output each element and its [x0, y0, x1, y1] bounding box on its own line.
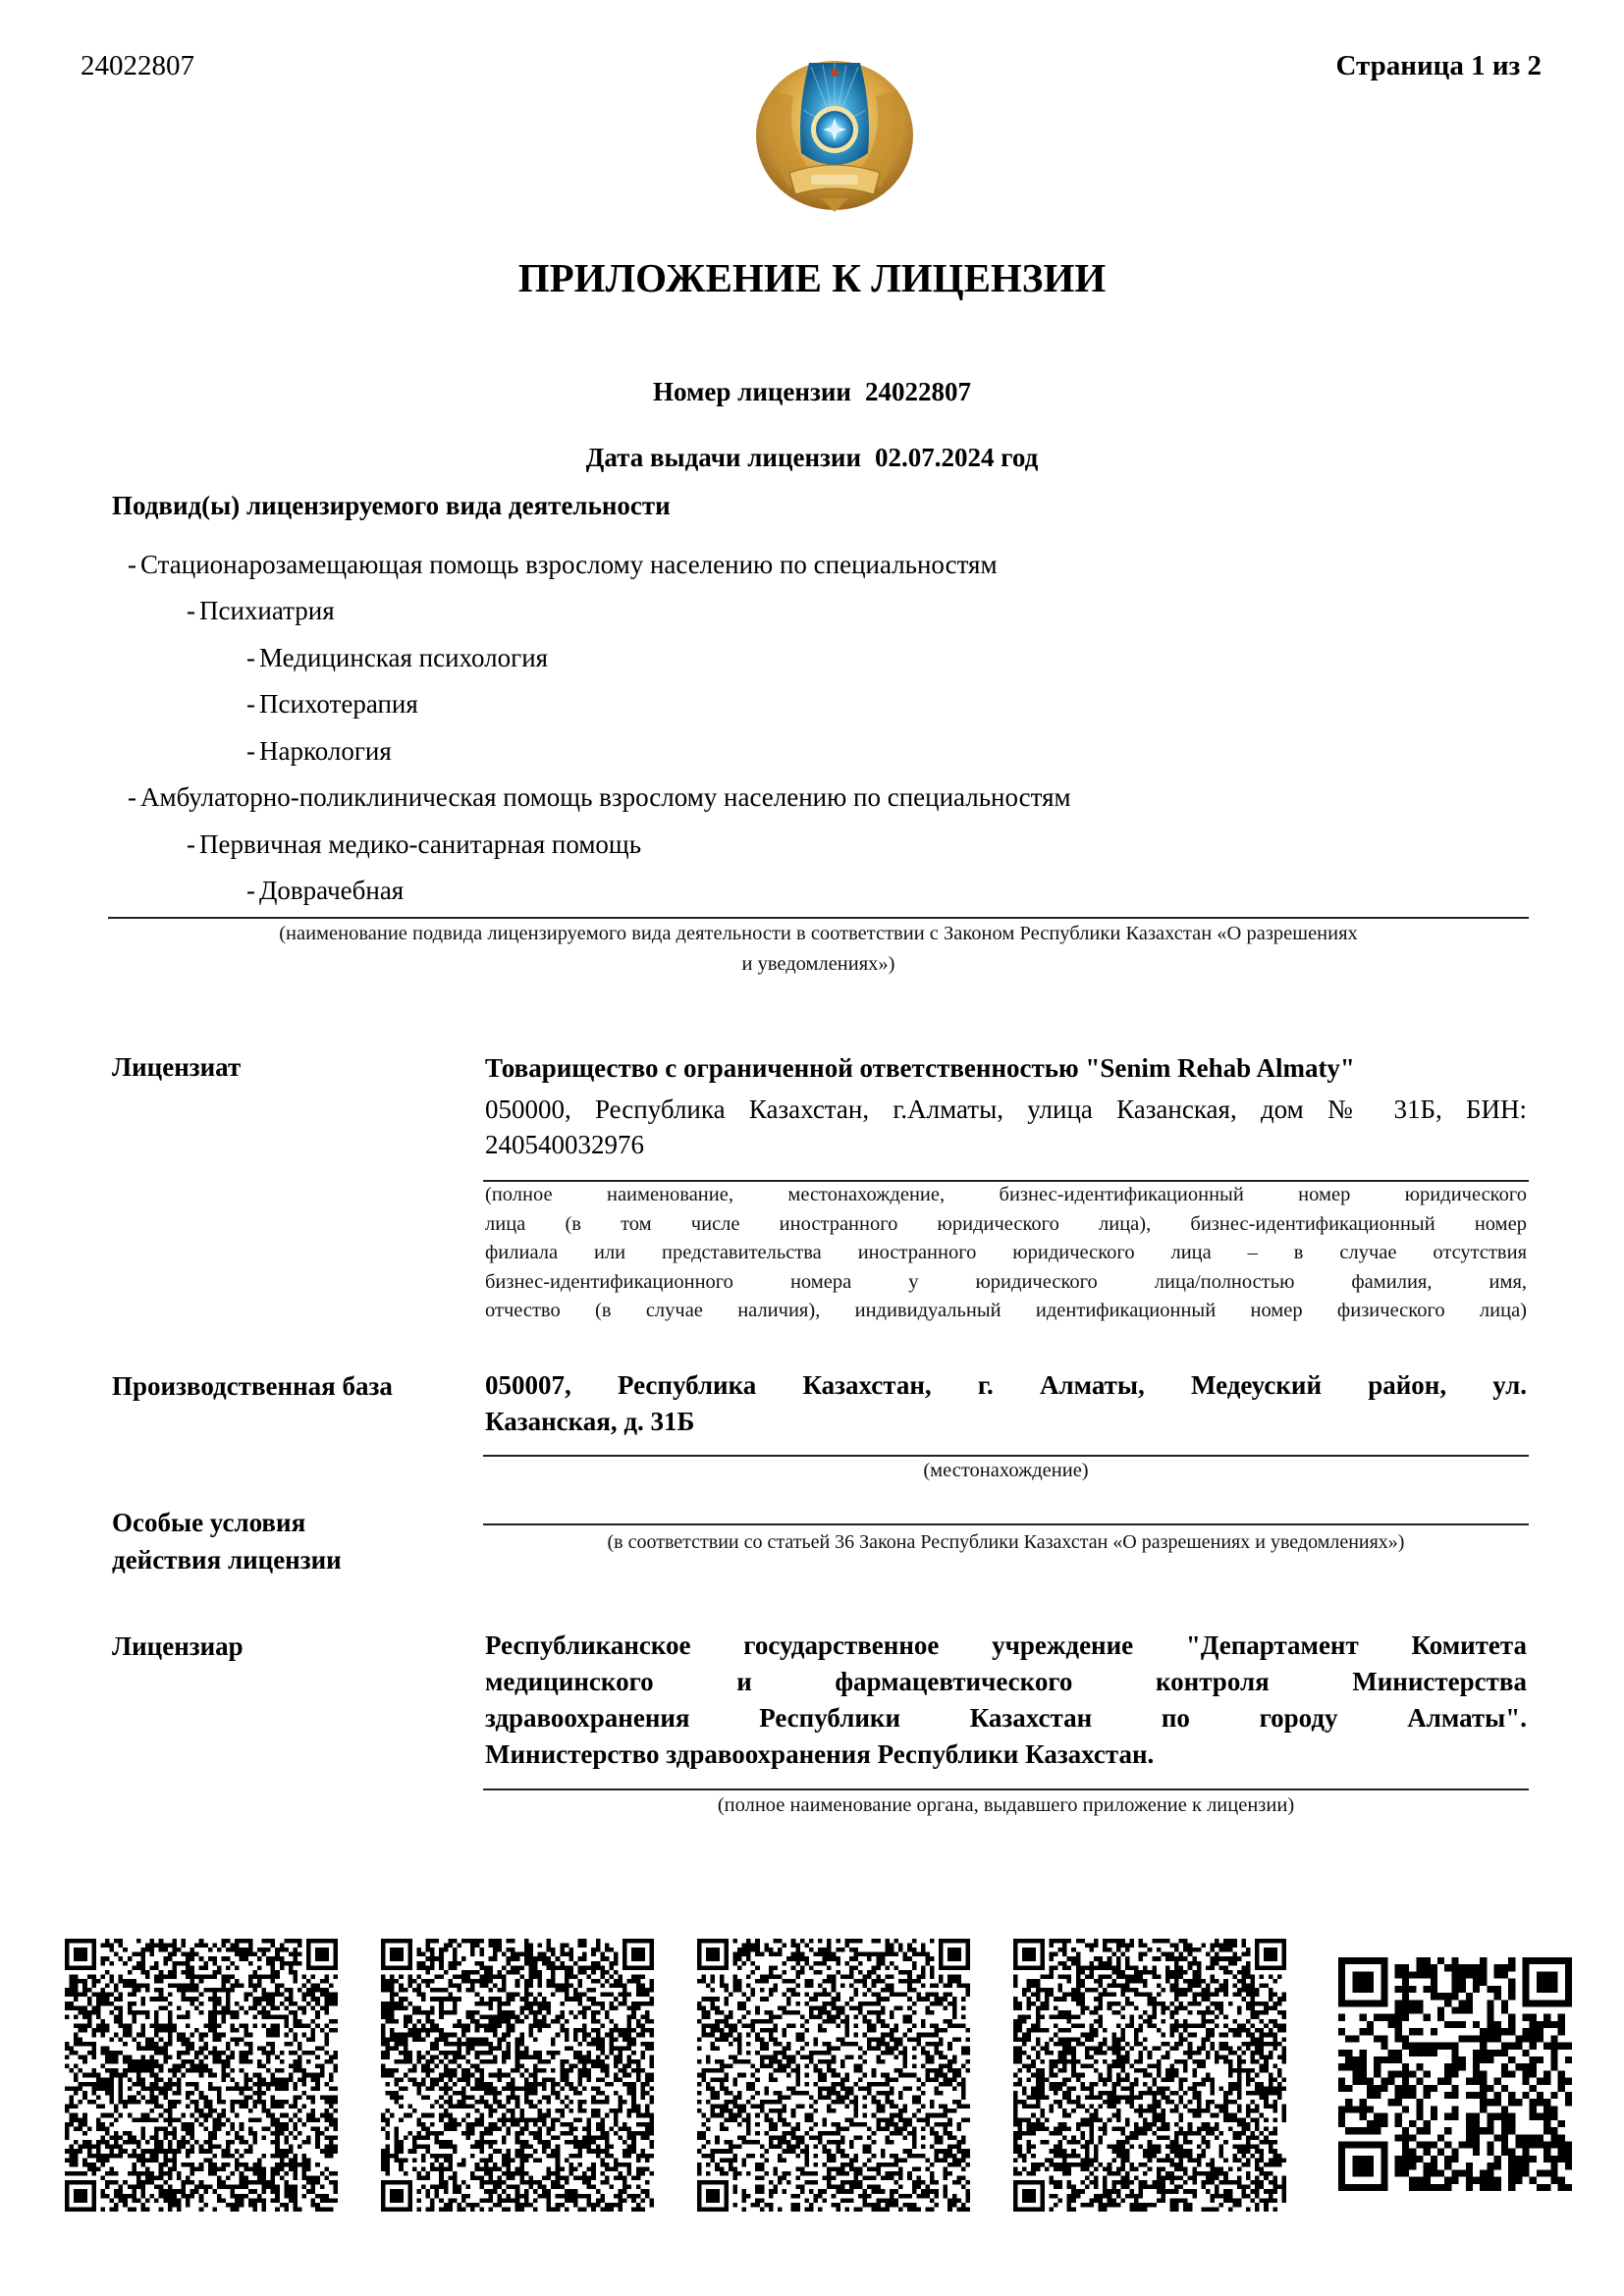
list-item: -Амбулаторно-поликлиническая помощь взро…: [128, 780, 1071, 814]
licensor-label: Лицензиар: [112, 1628, 244, 1665]
license-date-value: 02.07.2024 год: [875, 443, 1038, 472]
page-indicator: Страница 1 из 2: [1335, 49, 1542, 82]
licensee-address: 050000, Республика Казахстан, г.Алматы, …: [485, 1090, 1527, 1129]
qr-code-5: [1338, 1957, 1572, 2191]
licensor-value: Республиканское государственное учрежден…: [485, 1628, 1527, 1773]
production-base-label: Производственная база: [112, 1367, 393, 1405]
license-number-row: Номер лицензии24022807: [0, 375, 1624, 408]
special-conditions-divider: [483, 1523, 1529, 1525]
licensee-value: Товарищество с ограниченной ответственно…: [485, 1046, 1527, 1160]
list-item: -Доврачебная: [246, 874, 404, 907]
page-title: ПРИЛОЖЕНИЕ К ЛИЦЕНЗИИ: [0, 253, 1624, 302]
licensee-caption: (полное наименование, местонахождение, б…: [485, 1181, 1527, 1326]
license-date-row: Дата выдачи лицензии02.07.2024 год: [0, 441, 1624, 474]
subtypes-heading: Подвид(ы) лицензируемого вида деятельнос…: [112, 489, 671, 522]
special-conditions-label: Особые условия действия лицензии: [112, 1504, 342, 1578]
list-item: -Стационарозамещающая помощь взрослому н…: [128, 548, 998, 581]
production-base-value: 050007, Республика Казахстан, г. Алматы,…: [485, 1367, 1527, 1440]
license-number-value: 24022807: [865, 377, 971, 406]
list-item: -Медицинская психология: [246, 641, 548, 674]
document-number: 24022807: [81, 49, 194, 82]
licensor-caption: (полное наименование органа, выдавшего п…: [485, 1790, 1527, 1821]
qr-code-3: [697, 1939, 970, 2212]
qr-code-1: [65, 1939, 338, 2212]
qr-code-4: [1013, 1939, 1286, 2212]
license-date-label: Дата выдачи лицензии: [586, 443, 861, 472]
licensee-label: Лицензиат: [112, 1048, 241, 1086]
list-item: -Первичная медико-санитарная помощь: [187, 828, 641, 861]
list-item: -Наркология: [246, 734, 392, 768]
kazakhstan-state-emblem-icon: [750, 51, 919, 216]
qr-code-2: [381, 1939, 654, 2212]
licensee-bin: 240540032976: [485, 1129, 1527, 1160]
production-base-caption: (местонахождение): [485, 1456, 1527, 1486]
subtypes-caption: (наименование подвида лицензируемого вид…: [108, 919, 1529, 980]
licensee-name: Товарищество с ограниченной ответственно…: [485, 1046, 1527, 1090]
special-conditions-caption: (в соответствии со статьей 36 Закона Рес…: [485, 1527, 1527, 1558]
license-number-label: Номер лицензии: [653, 377, 851, 406]
list-item: -Психиатрия: [187, 594, 335, 627]
list-item: -Психотерапия: [246, 687, 418, 721]
